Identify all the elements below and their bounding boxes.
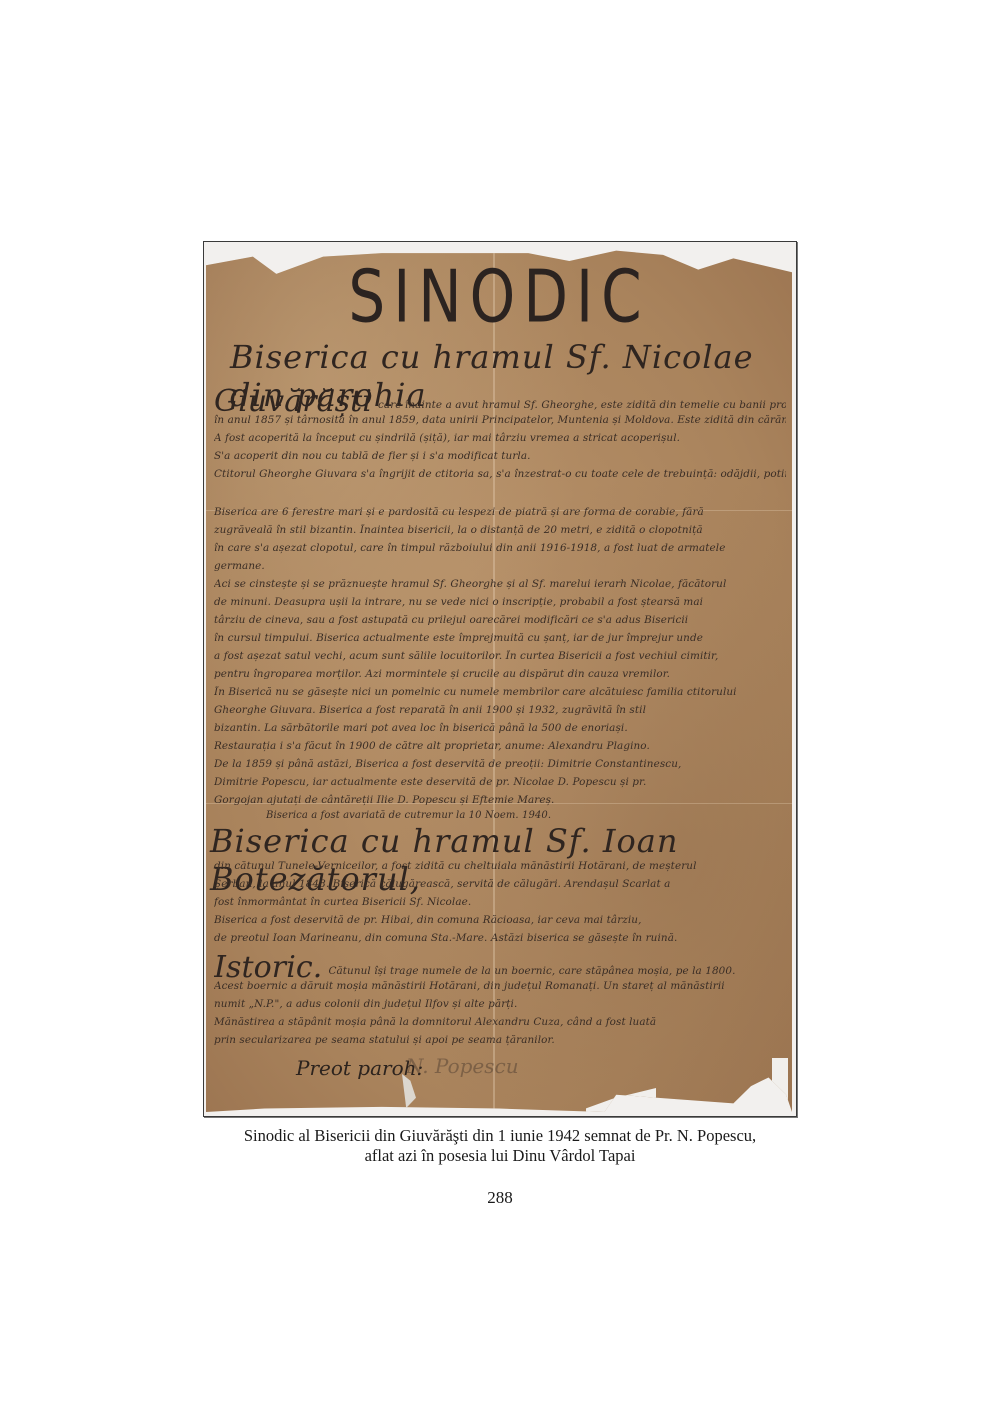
date-note: 1 Iunie 1942: [686, 1106, 750, 1117]
document-photo: SINODIC Biserica cu hramul Sf. Nicolae d…: [203, 241, 797, 1117]
text-line: numit „N.P.", a adus colonii din județul…: [214, 998, 786, 1010]
text-line: târziu de cineva, sau a fost astupată cu…: [214, 614, 786, 626]
text-line: în anul 1857 și târnosită în anul 1859, …: [214, 414, 786, 426]
text-line: Dimitrie Popescu, iar actualmente este d…: [214, 776, 786, 788]
text-line: în care s'a așezat clopotul, care în tim…: [214, 542, 786, 554]
text-line: A fost acoperită la început cu șindrilă …: [214, 432, 786, 444]
note-earthquake: Biserica a fost avariată de cutremur la …: [266, 810, 786, 821]
text-line: de minuni. Deasupra ușii la intrare, nu …: [214, 596, 786, 608]
text-line: Aci se cinstește și se prăznuește hramul…: [214, 578, 786, 590]
text-line: zugrăveală în stil bizantin. Înaintea bi…: [214, 524, 786, 536]
text-line: Gheorghe Giuvara. Biserica a fost repara…: [214, 704, 786, 716]
text-line: a fost așezat satul vechi, acum sunt săl…: [214, 650, 786, 662]
figure-caption: Sinodic al Bisericii din Giuvărăşti din …: [0, 1126, 1000, 1166]
page-number: 288: [0, 1188, 1000, 1208]
text-line: pentru îngroparea morților. Azi morminte…: [214, 668, 786, 680]
text-line: Șerban, la anul 1848. Biserică călugărea…: [214, 878, 786, 890]
paper-tear: [586, 1088, 656, 1117]
text-line: de preotul Ioan Marineanu, din comuna St…: [214, 932, 786, 944]
text-line: Biserica a fost deservită de pr. Hibai, …: [214, 914, 786, 926]
text-line: De la 1859 și până astăzi, Biserica a fo…: [214, 758, 786, 770]
caption-line-1: Sinodic al Bisericii din Giuvărăşti din …: [0, 1126, 1000, 1146]
aged-paper-sheet: SINODIC Biserica cu hramul Sf. Nicolae d…: [206, 248, 792, 1112]
text-line: Mănăstirea a stăpânit moșia până la domn…: [214, 1016, 786, 1028]
text-line: bizantin. La sărbătorile mari pot avea l…: [214, 722, 786, 734]
text-line: Biserica are 6 ferestre mari și e pardos…: [214, 506, 786, 518]
text-line: S'a acoperit din nou cu tablă de fier și…: [214, 450, 786, 462]
text-line: prin secularizarea pe seama statului și …: [214, 1034, 786, 1046]
caption-line-2: aflat azi în posesia lui Dinu Vârdol Tap…: [0, 1146, 1000, 1166]
text-line: din cătunul Tunele-Verniceilor, a fost z…: [214, 860, 786, 872]
text-line: Ctitorul Gheorghe Giuvara s'a îngrijit d…: [214, 468, 786, 480]
text-line: Restaurația i s'a făcut în 1900 de către…: [214, 740, 786, 752]
text-line: germane.: [214, 560, 786, 572]
text-line: Acest boernic a dăruit moșia mănăstirii …: [214, 980, 786, 992]
text-line: în cursul timpului. Biserica actualmente…: [214, 632, 786, 644]
text-line: Gorgojan ajutați de cântăreții Ilie D. P…: [214, 794, 786, 806]
text-line: În Biserică nu se găsește nici un pomeln…: [214, 686, 786, 698]
paper-tear: [772, 1058, 788, 1117]
document-title: SINODIC: [206, 254, 792, 339]
text-line: fost înmormântat în curtea Bisericii Sf.…: [214, 896, 786, 908]
signature: N. Popescu: [406, 1054, 519, 1078]
